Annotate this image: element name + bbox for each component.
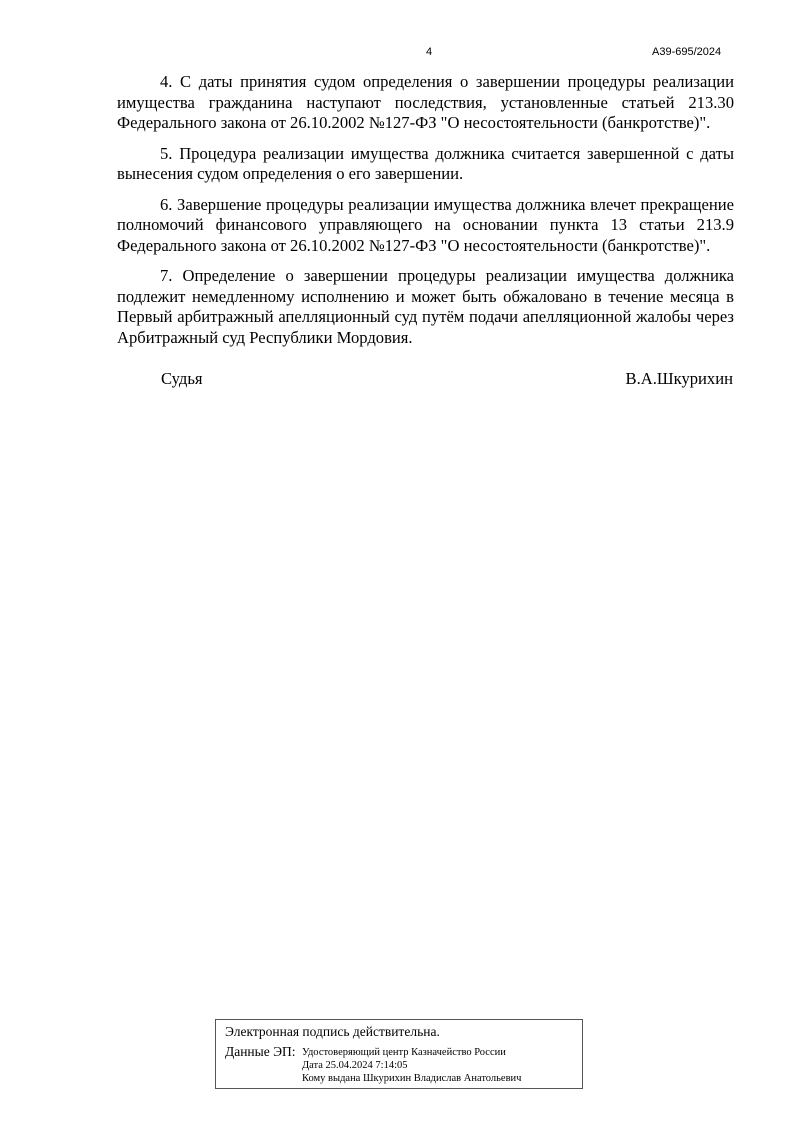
- paragraph-4: 4. С даты принятия судом определения о з…: [117, 72, 734, 134]
- signature-block: Судья В.А.Шкурихин: [161, 369, 733, 391]
- signer-name: В.А.Шкурихин: [626, 369, 733, 389]
- esig-label: Данные ЭП:: [225, 1044, 296, 1060]
- esig-issuer: Удостоверяющий центр Казначейство России: [302, 1046, 521, 1059]
- paragraph-6: 6. Завершение процедуры реализации имуще…: [117, 195, 734, 257]
- esig-owner: Кому выдана Шкурихин Владислав Анатольев…: [302, 1072, 521, 1085]
- electronic-signature-box: Электронная подпись действительна. Данны…: [215, 1019, 583, 1089]
- document-body: 4. С даты принятия судом определения о з…: [117, 72, 734, 358]
- page-header: 4 А39-695/2024: [0, 46, 800, 62]
- signer-role: Судья: [161, 369, 203, 389]
- paragraph-5: 5. Процедура реализации имущества должни…: [117, 144, 734, 185]
- case-number: А39-695/2024: [652, 46, 721, 58]
- esig-status: Электронная подпись действительна.: [225, 1024, 440, 1040]
- page-number: 4: [426, 46, 432, 58]
- paragraph-7: 7. Определение о завершении процедуры ре…: [117, 266, 734, 348]
- esig-details: Удостоверяющий центр Казначейство России…: [302, 1046, 521, 1085]
- esig-date: Дата 25.04.2024 7:14:05: [302, 1059, 521, 1072]
